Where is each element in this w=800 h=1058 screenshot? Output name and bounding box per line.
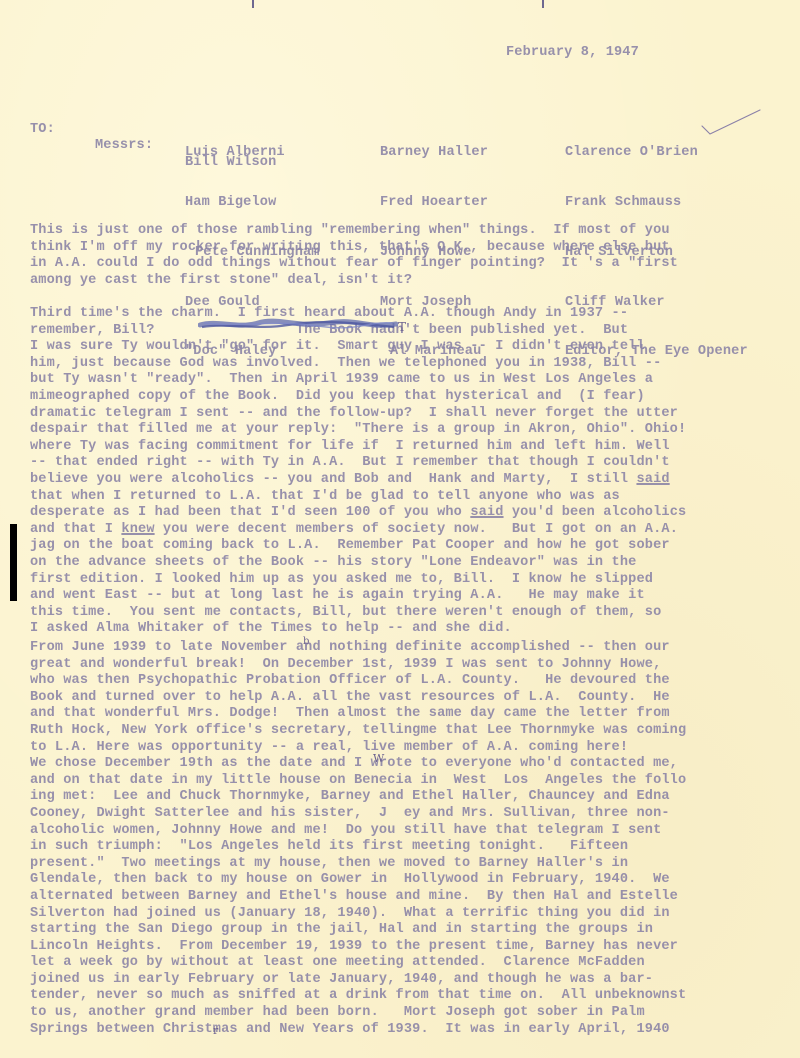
text-line: desperate as I had been that I'd seen 10… <box>30 505 800 522</box>
letter-date: February 8, 1947 <box>506 45 639 62</box>
text-line: to L.A. Here was opportunity -- a real, … <box>30 740 800 757</box>
to-label: TO: <box>30 122 55 139</box>
text-line: Silverton had joined us (January 18, 194… <box>30 906 800 923</box>
paragraph-3: From June 1939 to late November and noth… <box>30 640 800 1038</box>
letter-page: February 8, 1947 TO: Messrs: Bill Wilson… <box>0 0 800 1058</box>
underlined-word: said <box>470 505 503 520</box>
text-line: despair that filled me at your reply: "T… <box>30 422 800 439</box>
text-line: on the advance sheets of the Book -- his… <box>30 555 800 572</box>
text-line: and that wonderful Mrs. Dodge! Then almo… <box>30 706 800 723</box>
text-line: that when I returned to L.A. that I'd be… <box>30 489 800 506</box>
text-line: him, just because God was involved. Then… <box>30 356 800 373</box>
text-line: to us, another grand member had been bor… <box>30 1005 800 1022</box>
paragraph-1: This is just one of those rambling "reme… <box>30 223 800 289</box>
recipient-name: Clarence O'Brien <box>565 145 748 162</box>
recipient-name: Frank Schmauss <box>565 195 748 212</box>
text-line: this time. You sent me contacts, Bill, b… <box>30 605 800 622</box>
recipient-name: Barney Haller <box>380 145 488 162</box>
text-line: who was then Psychopathic Probation Offi… <box>30 673 800 690</box>
handwritten-checkmark-icon <box>700 108 762 138</box>
handwritten-insert: T <box>398 320 406 334</box>
messrs-label: Messrs: <box>95 138 153 155</box>
text-line: in such triumph: "Los Angeles held its f… <box>30 839 800 856</box>
text-line: believe you were alcoholics -- you and B… <box>30 472 800 489</box>
paragraph-2: Third time's the charm. I first heard ab… <box>30 306 800 638</box>
text-line: tender, never so much as sniffed at a dr… <box>30 988 800 1005</box>
text-line: dramatic telegram I sent -- and the foll… <box>30 406 800 423</box>
text-line: and on that date in my little house on B… <box>30 773 800 790</box>
scribbled-out-text <box>198 317 398 333</box>
text-line: in A.A. could I do odd things without fe… <box>30 256 800 273</box>
text-line: We chose December 19th as the date and I… <box>30 756 800 773</box>
text-line: I was sure Ty wouldn't "go" for it. Smar… <box>30 339 800 356</box>
text-line: -- that ended right -- with Ty in A.A. B… <box>30 455 800 472</box>
scan-edge-bar <box>10 524 17 601</box>
text-line: and went East -- but at long last he is … <box>30 588 800 605</box>
text-line: alcoholic women, Johnny Howe and me! Do … <box>30 823 800 840</box>
text-line: and that I knew you were decent members … <box>30 522 800 539</box>
handwritten-insert: W <box>373 752 384 765</box>
text-line: This is just one of those rambling "reme… <box>30 223 800 240</box>
text-line: ing met: Lee and Chuck Thornmyke, Barney… <box>30 789 800 806</box>
text-line: Lincoln Heights. From December 19, 1939 … <box>30 939 800 956</box>
underlined-word: knew <box>121 522 154 537</box>
text-line: alternated between Barney and Ethel's ho… <box>30 889 800 906</box>
text-line: I asked Alma Whitaker of the Times to he… <box>30 621 800 638</box>
handwritten-insert: b <box>303 636 309 647</box>
text-line: among ye cast the first stone" deal, isn… <box>30 273 800 290</box>
text-line: mimeographed copy of the Book. Did you k… <box>30 389 800 406</box>
margin-tick-mark <box>252 0 254 8</box>
text-line: Book and turned over to help A.A. all th… <box>30 690 800 707</box>
text-line: but Ty wasn't "ready". Then in April 193… <box>30 372 800 389</box>
text-line: present." Two meetings at my house, then… <box>30 856 800 873</box>
text-line: jag on the boat coming back to L.A. Reme… <box>30 538 800 555</box>
text-line: let a week go by without at least one me… <box>30 955 800 972</box>
recipient-name: Luis Alberni <box>185 145 320 162</box>
text-line: Ruth Hock, New York office's secretary, … <box>30 723 800 740</box>
text-line: joined us in early February or late Janu… <box>30 972 800 989</box>
text-line: remember, Bill? The Book hadn't been pub… <box>30 323 800 340</box>
recipient-name: Fred Hoearter <box>380 195 488 212</box>
recipient-name: Ham Bigelow <box>185 195 320 212</box>
text-line: think I'm off my rocker for writing this… <box>30 240 800 257</box>
handwritten-insert: r <box>213 1024 218 1037</box>
text-line: Third time's the charm. I first heard ab… <box>30 306 800 323</box>
underlined-word: said <box>636 472 669 487</box>
margin-tick-mark <box>542 0 544 8</box>
text-line: Glendale, then back to my house on Gower… <box>30 872 800 889</box>
text-line: From June 1939 to late November and noth… <box>30 640 800 657</box>
text-line: starting the San Diego group in the jail… <box>30 922 800 939</box>
address-line: TO: Messrs: Bill Wilson <box>30 105 63 188</box>
text-line: Cooney, Dwight Satterlee and his sister,… <box>30 806 800 823</box>
text-line: great and wonderful break! On December 1… <box>30 657 800 674</box>
text-line: first edition. I looked him up as you as… <box>30 572 800 589</box>
text-line: where Ty was facing commitment for life … <box>30 439 800 456</box>
text-line: Springs between Christmas and New Years … <box>30 1022 800 1039</box>
